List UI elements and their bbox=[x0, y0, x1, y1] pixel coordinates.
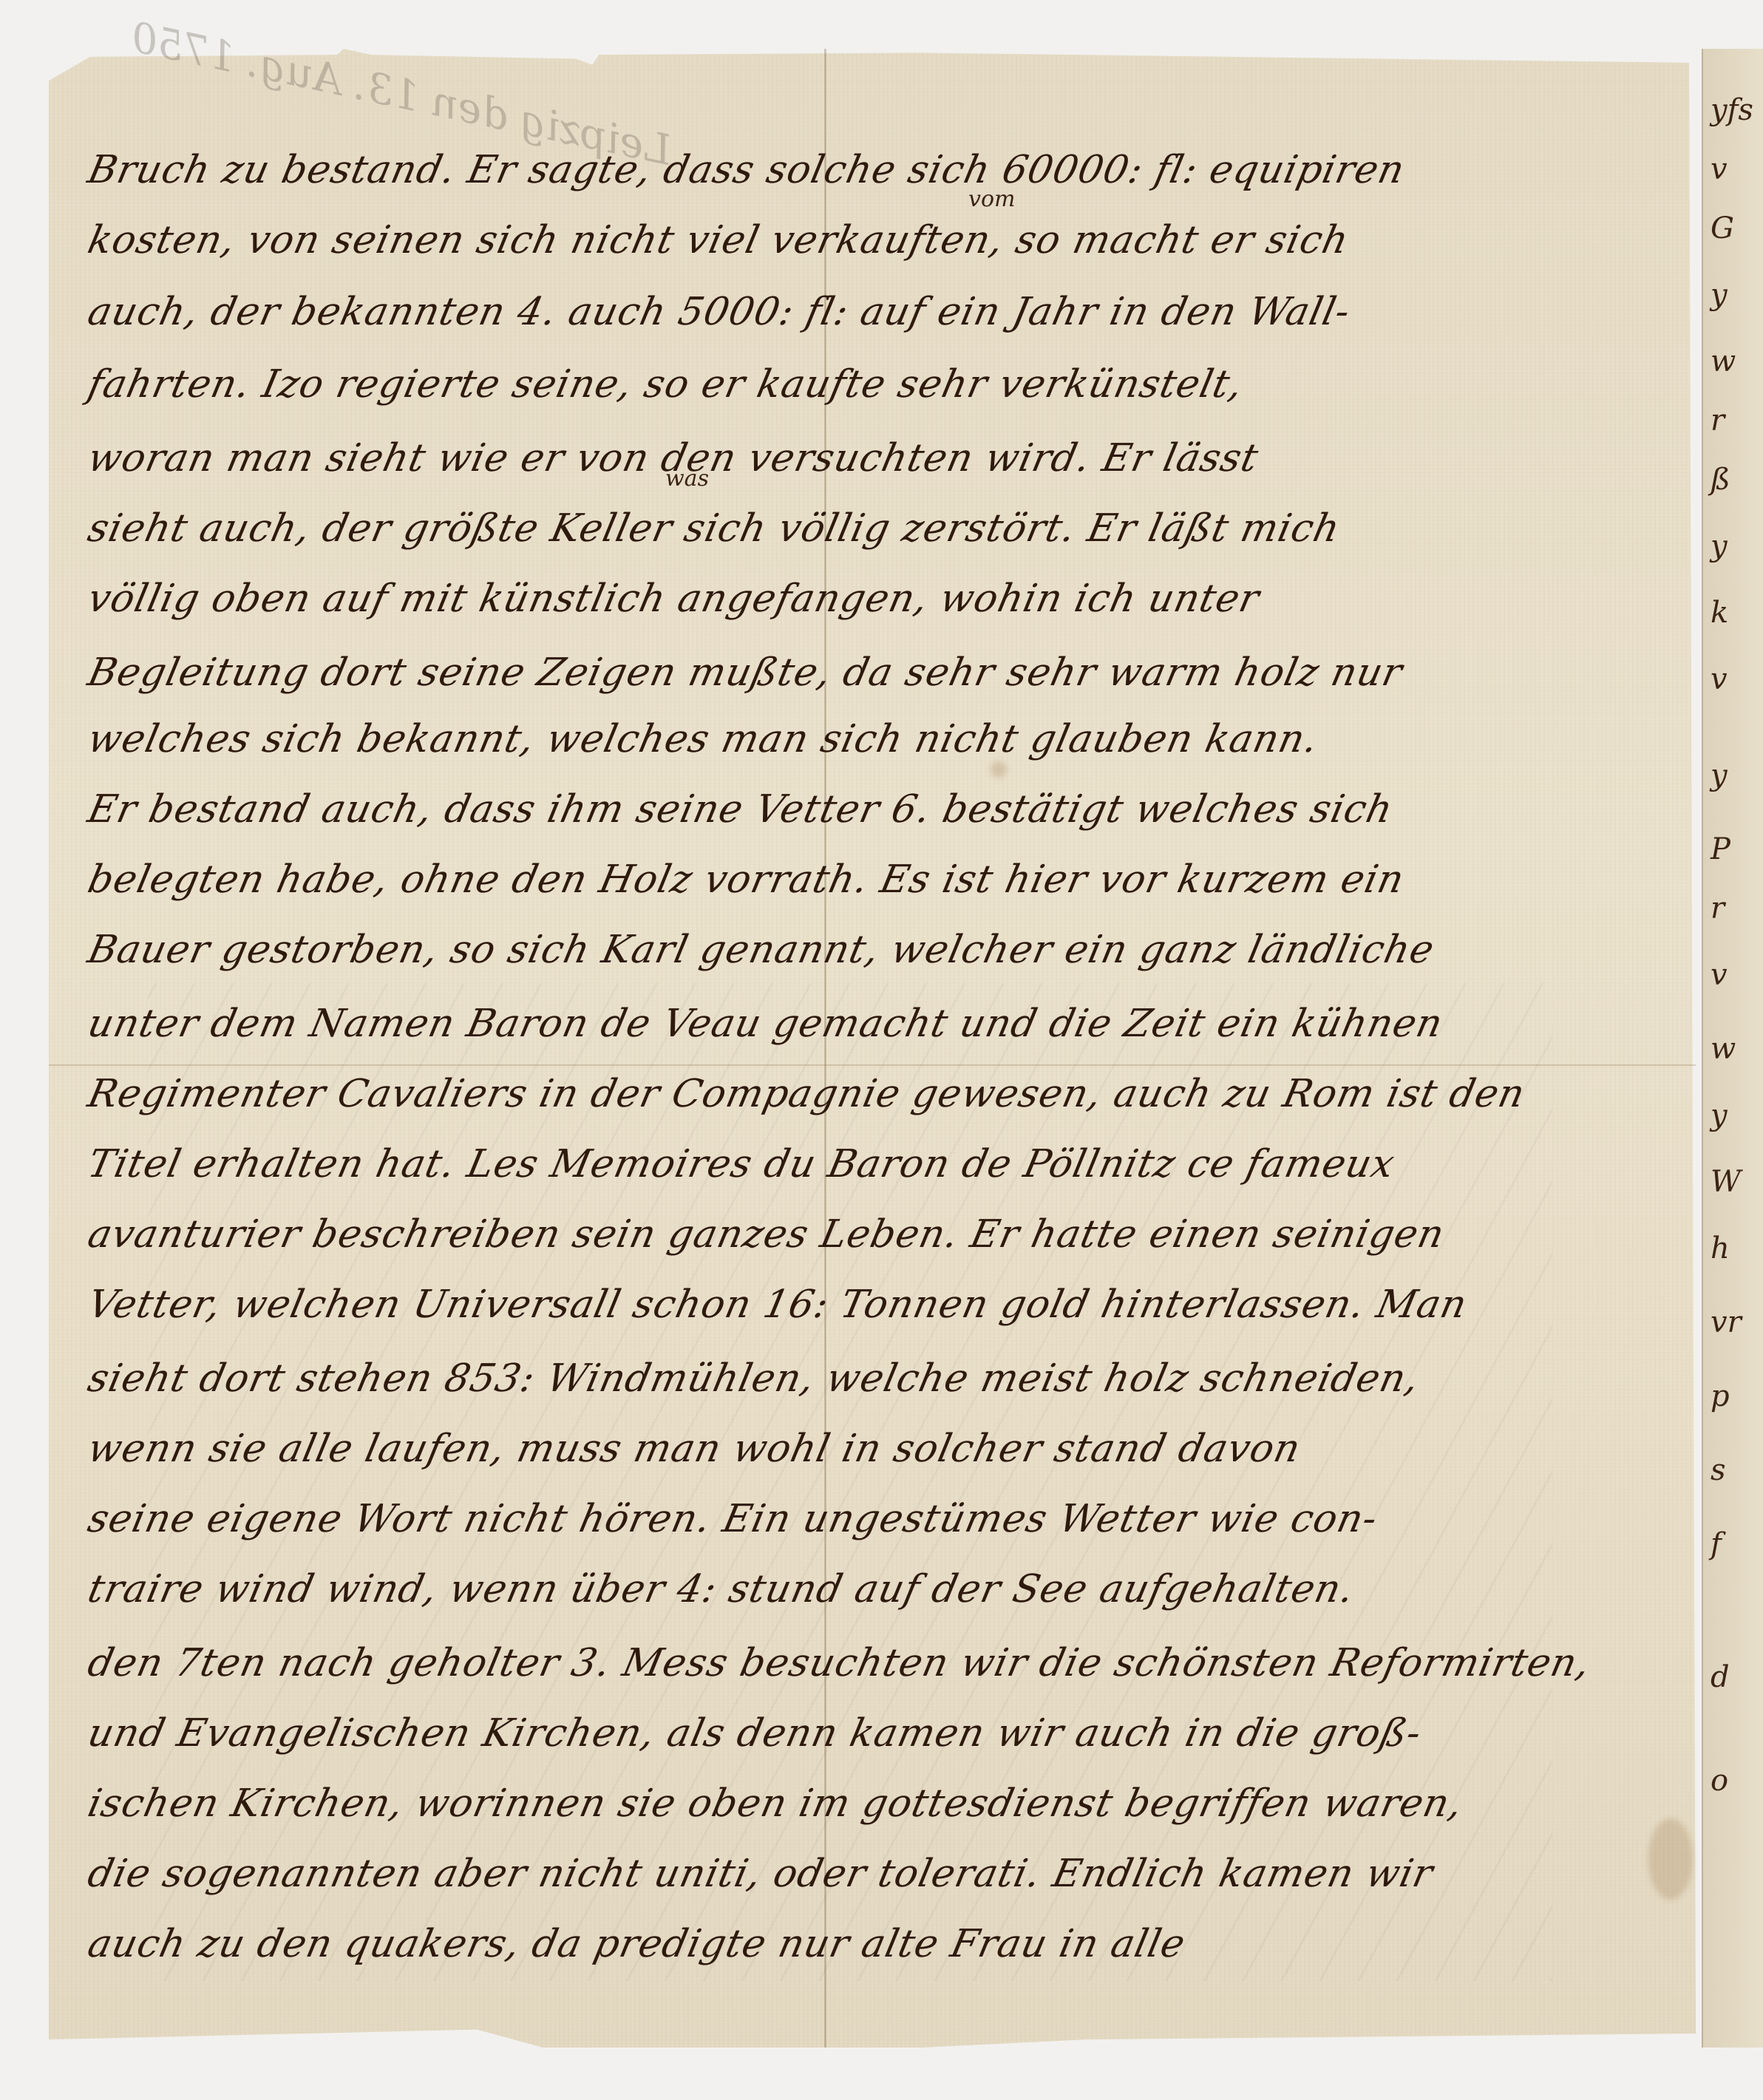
ink-spot bbox=[991, 761, 1007, 778]
facing-fragment: ß bbox=[1711, 463, 1730, 497]
facing-fragment: P bbox=[1711, 832, 1730, 866]
facing-fragment: w bbox=[1711, 1032, 1736, 1066]
text-line: kosten, von seinen sich nicht viel verka… bbox=[84, 218, 1353, 262]
text-line: seine eigene Wort nicht hören. Ein unges… bbox=[84, 1497, 1382, 1541]
text-line: unter dem Namen Baron de Veau gemacht un… bbox=[84, 1002, 1447, 1046]
text-line: und Evangelischen Kirchen, als denn kame… bbox=[84, 1711, 1426, 1756]
text-line: traire wind wind, wenn über 4: stund auf… bbox=[84, 1567, 1359, 1611]
horizontal-fold-crease bbox=[49, 1064, 1696, 1066]
text-line: Er bestand auch, dass ihm seine Vetter 6… bbox=[84, 787, 1397, 832]
water-stain bbox=[1648, 1818, 1693, 1900]
text-line: den 7ten nach geholter 3. Mess besuchten… bbox=[84, 1641, 1594, 1685]
facing-fragment: y bbox=[1711, 1098, 1728, 1132]
facing-fragment: h bbox=[1711, 1231, 1730, 1265]
text-line: Regimenter Cavaliers in der Compagnie ge… bbox=[84, 1072, 1529, 1116]
text-line: ischen Kirchen, worinnen sie oben im got… bbox=[84, 1781, 1467, 1826]
facing-fragment: p bbox=[1711, 1379, 1730, 1413]
text-line: Bauer gestorben, so sich Karl genannt, w… bbox=[84, 928, 1438, 972]
facing-fragment: y bbox=[1711, 278, 1728, 312]
text-line: fahrten. Izo regierte seine, so er kauft… bbox=[84, 362, 1248, 407]
text-line: die sogenannten aber nicht uniti, oder t… bbox=[84, 1852, 1438, 1896]
facing-fragment: d bbox=[1711, 1660, 1730, 1694]
facing-fragment: o bbox=[1711, 1764, 1728, 1798]
facing-fragment: f bbox=[1711, 1527, 1722, 1561]
text-line: wenn sie alle laufen, muss man wohl in s… bbox=[84, 1427, 1305, 1471]
facing-fragment: v bbox=[1711, 958, 1728, 992]
text-line: Begleitung dort seine Zeigen mußte, da s… bbox=[84, 650, 1407, 695]
text-line: Bruch zu bestand. Er sagte, dass solche … bbox=[84, 148, 1409, 192]
facing-fragment: r bbox=[1711, 891, 1725, 925]
facing-fragment: r bbox=[1711, 404, 1725, 438]
text-line: völlig oben auf mit künstlich angefangen… bbox=[84, 577, 1264, 621]
facing-fragment: y bbox=[1711, 529, 1728, 563]
text-line: belegten habe, ohne den Holz vorrath. Es… bbox=[84, 857, 1409, 902]
facing-page-edge: yfs v G y w r ß y k v y P r v w y W h vr… bbox=[1702, 49, 1763, 2048]
facing-fragment: w bbox=[1711, 344, 1736, 378]
text-line: Vetter, welchen Universall schon 16: Ton… bbox=[84, 1282, 1472, 1327]
text-line: Titel erhalten hat. Les Memoires du Baro… bbox=[84, 1142, 1399, 1186]
facing-fragment: vr bbox=[1711, 1305, 1742, 1339]
facing-fragment: y bbox=[1711, 758, 1728, 792]
facing-fragment: s bbox=[1711, 1453, 1726, 1487]
text-line: auch zu den quakers, da predigte nur alt… bbox=[84, 1922, 1190, 1966]
facing-fragment: G bbox=[1711, 211, 1734, 245]
facing-fragment: k bbox=[1711, 596, 1728, 630]
facing-fragment: v bbox=[1711, 152, 1728, 186]
text-line: avanturier beschreiben sein ganzes Leben… bbox=[84, 1212, 1449, 1257]
facing-fragment: W bbox=[1711, 1165, 1741, 1199]
text-line: welches sich bekannt, welches man sich n… bbox=[84, 717, 1322, 761]
text-line: woran man sieht wie er von den versuchte… bbox=[84, 436, 1263, 480]
text-line: sieht dort stehen 853: Windmühlen, welch… bbox=[84, 1356, 1424, 1401]
text-line: auch, der bekannten 4. auch 5000: fl: au… bbox=[84, 290, 1355, 334]
facing-fragment: yfs bbox=[1711, 93, 1753, 127]
text-line: sieht auch, der größte Keller sich völli… bbox=[84, 506, 1345, 551]
facing-fragment: v bbox=[1711, 662, 1728, 696]
